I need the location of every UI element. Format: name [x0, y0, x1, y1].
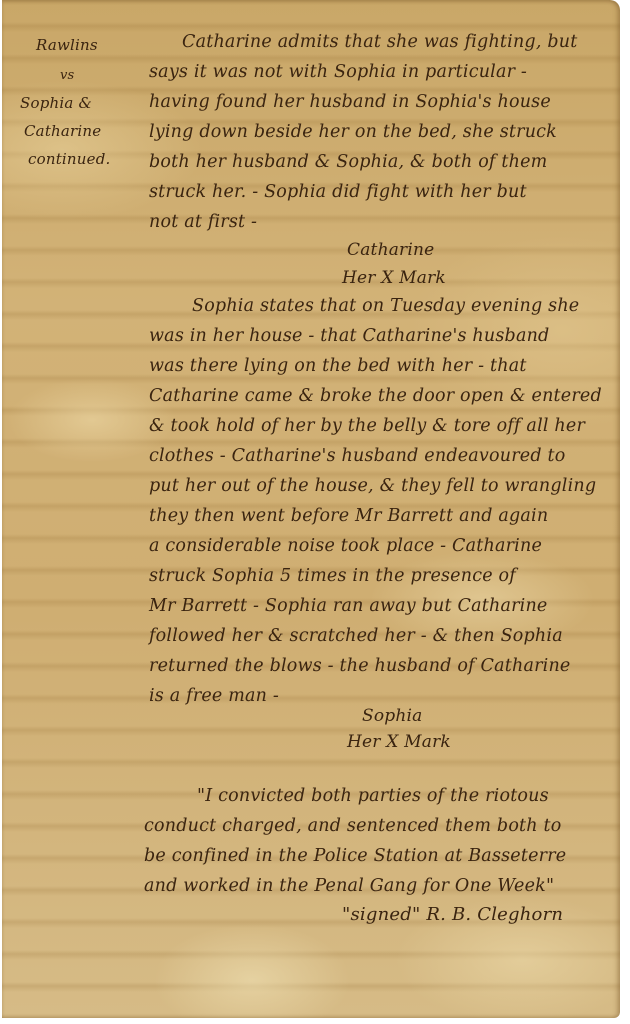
margin-note-party-2: Catharine [24, 122, 101, 140]
signature-mark: Her X Mark [342, 268, 446, 288]
signature-name: Catharine [347, 240, 434, 260]
text-line: & took hold of her by the belly & tore o… [149, 416, 585, 436]
text-line: "I convicted both parties of the riotous [197, 786, 549, 806]
text-line: both her husband & Sophia, & both of the… [149, 152, 547, 172]
text-line: returned the blows - the husband of Cath… [149, 656, 570, 676]
text-line: struck her. - Sophia did fight with her … [149, 182, 527, 202]
signature-mark: Her X Mark [347, 732, 451, 752]
text-line: was in her house - that Catharine's husb… [149, 326, 549, 346]
margin-note-continued: continued. [28, 150, 111, 168]
text-line: clothes - Catharine's husband endeavoure… [149, 446, 565, 466]
text-line: and worked in the Penal Gang for One Wee… [144, 876, 554, 896]
text-line: Mr Barrett - Sophia ran away but Cathari… [149, 596, 547, 616]
text-line: Sophia states that on Tuesday evening sh… [192, 296, 579, 316]
margin-note-title: Rawlins [36, 36, 98, 54]
manuscript-page: Rawlins vs Sophia & Catharine continued.… [2, 0, 620, 1018]
text-line: having found her husband in Sophia's hou… [149, 92, 551, 112]
text-line: Catharine admits that she was fighting, … [182, 32, 577, 52]
text-line: says it was not with Sophia in particula… [149, 62, 527, 82]
text-line: followed her & scratched her - & then So… [149, 626, 563, 646]
text-line: put her out of the house, & they fell to… [149, 476, 596, 496]
text-line: they then went before Mr Barrett and aga… [149, 506, 548, 526]
text-line: was there lying on the bed with her - th… [149, 356, 527, 376]
text-line: Catharine came & broke the door open & e… [149, 386, 602, 406]
text-line: not at first - [149, 212, 257, 232]
text-line: lying down beside her on the bed, she st… [149, 122, 557, 142]
margin-note-versus: vs [60, 68, 74, 83]
margin-note-party-1: Sophia & [20, 94, 92, 112]
text-line: struck Sophia 5 times in the presence of [149, 566, 516, 586]
signature-name: Sophia [362, 706, 422, 726]
magistrate-signature: "signed" R. B. Cleghorn [342, 904, 563, 925]
text-line: conduct charged, and sentenced them both… [144, 816, 561, 836]
text-line: be confined in the Police Station at Bas… [144, 846, 566, 866]
text-line: is a free man - [149, 686, 279, 706]
text-line: a considerable noise took place - Cathar… [149, 536, 542, 556]
